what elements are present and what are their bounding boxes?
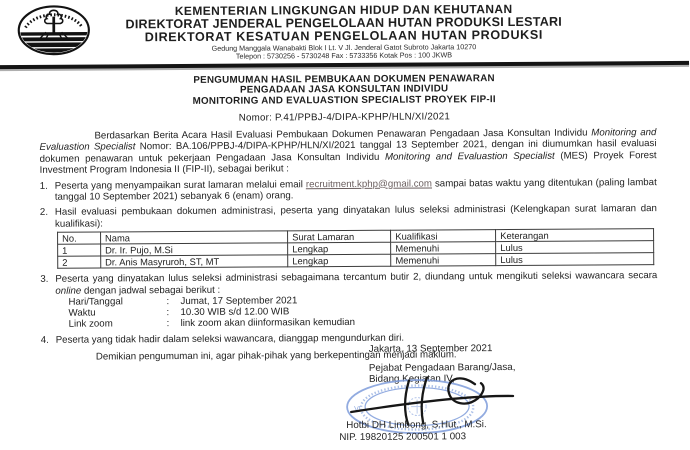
recruitment-email-link[interactable]: recruitment.kphp@gmail.com bbox=[306, 178, 432, 190]
col-header-no: No. bbox=[58, 232, 101, 244]
cell-keterangan: Lulus bbox=[496, 241, 654, 254]
cell-nama: Dr. Anis Masyruroh, ST, MT bbox=[101, 255, 288, 268]
list-item-4: 4. Peserta yang tidak hadir dalam seleks… bbox=[41, 331, 658, 346]
letterhead-divider bbox=[0, 61, 689, 69]
item-4-number: 4. bbox=[41, 334, 56, 345]
schedule-row-zoom-link: Link zoom:link zoom akan diinformasikan … bbox=[56, 316, 658, 331]
item-3-seg1: Peserta yang dinyatakan lulus seleksi ad… bbox=[55, 270, 657, 285]
col-header-kualifikasi: Kualifikasi bbox=[391, 230, 496, 243]
item-1-text: Peserta yang menyampaikan surat lamaran … bbox=[55, 177, 657, 203]
col-header-nama: Nama bbox=[100, 231, 287, 244]
schedule-colon: : bbox=[167, 319, 181, 330]
document-title-block: PENGUMUMAN HASIL PEMBUKAAN DOKUMEN PENAW… bbox=[0, 72, 689, 125]
cell-surat-lamaran: Lengkap bbox=[288, 242, 391, 255]
list-item-3: 3. Peserta yang dinyatakan lulus seleksi… bbox=[40, 270, 657, 330]
closing-paragraph: Demikian pengumuman ini, agar pihak-piha… bbox=[41, 348, 658, 363]
cell-keterangan: Lulus bbox=[496, 253, 654, 266]
item-4-text: Peserta yang tidak hadir dalam seleksi w… bbox=[56, 331, 658, 346]
item-2-content: Hasil evaluasi pembukaan dokumen adminis… bbox=[55, 203, 657, 269]
item-3-italic: online bbox=[55, 285, 81, 296]
cell-no: 1 bbox=[58, 244, 101, 256]
item-3-content: Peserta yang dinyatakan lulus seleksi ad… bbox=[55, 270, 657, 330]
list-item-2: 2. Hasil evaluasi pembukaan dokumen admi… bbox=[40, 203, 657, 270]
interview-schedule: Hari/Tanggal:Jumat, 17 September 2021 Wa… bbox=[55, 294, 657, 330]
col-header-keterangan: Keterangan bbox=[496, 229, 654, 242]
intro-italic2: Monitoring and Evaluastion Specialist bbox=[385, 150, 555, 162]
cell-surat-lamaran: Lengkap bbox=[288, 254, 391, 267]
item-3-seg2: dengan jadwal sebagai berikut : bbox=[81, 284, 220, 296]
signer-name: Hotbi DH Limbong, S.Hut., M.Si. bbox=[346, 419, 487, 431]
scanned-announcement-document: KEMENTERIAN LINGKUNGAN HIDUP DAN KEHUTAN… bbox=[0, 0, 690, 450]
intro-paragraph: Berdasarkan Berita Acara Hasil Evaluasi … bbox=[39, 127, 656, 176]
cell-no: 2 bbox=[58, 256, 101, 268]
document-body: Berdasarkan Berita Acara Hasil Evaluasi … bbox=[39, 127, 657, 363]
letterhead: KEMENTERIAN LINGKUNGAN HIDUP DAN KEHUTAN… bbox=[0, 0, 689, 62]
administration-result-table: No. Nama Surat Lamaran Kualifikasi Keter… bbox=[57, 228, 654, 269]
list-item-1: 1. Peserta yang menyampaikan surat lamar… bbox=[40, 177, 657, 204]
place-and-date: Jakarta, 13 September 2021 bbox=[369, 343, 493, 355]
col-header-surat-lamaran: Surat Lamaran bbox=[288, 230, 391, 243]
cell-kualifikasi: Memenuhi bbox=[391, 242, 496, 255]
item-2-text: Hasil evaluasi pembukaan dokumen adminis… bbox=[55, 203, 657, 229]
ministry-logo-icon bbox=[17, 5, 91, 56]
schedule-value: link zoom akan diinformasikan kemudian bbox=[181, 318, 356, 330]
item-3-number: 3. bbox=[40, 274, 55, 331]
signer-nip: NIP. 19820125 200501 1 003 bbox=[339, 431, 466, 443]
item-1-number: 1. bbox=[40, 180, 55, 203]
table-row: 2 Dr. Anis Masyruroh, ST, MT Lengkap Mem… bbox=[58, 253, 654, 269]
cell-kualifikasi: Memenuhi bbox=[391, 254, 496, 267]
document-number: Nomor: P.41/PPBJ-4/DIPA-KPHP/HLN/XI/2021 bbox=[0, 110, 689, 125]
schedule-label: Link zoom bbox=[69, 319, 167, 331]
item-2-number: 2. bbox=[40, 207, 55, 270]
